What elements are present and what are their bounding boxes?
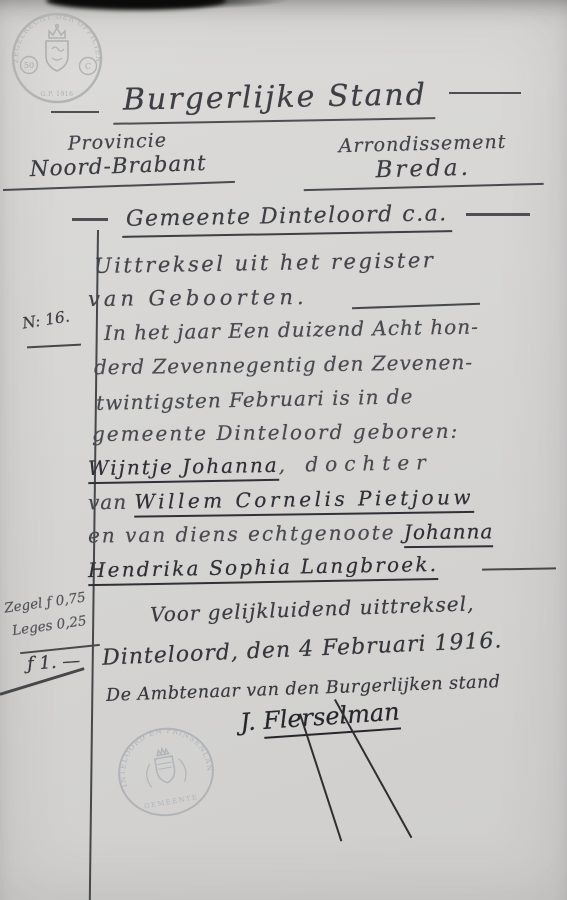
body-line: derd Zevennegentig den Zevenen- (88, 349, 567, 380)
child-name: Wijntje Johanna (88, 453, 279, 484)
body-line-text: en van diens echtgenoote (88, 520, 404, 547)
denomination-right-value: C (85, 62, 91, 71)
fee-zegel: Zegel ƒ 0,75 (3, 589, 86, 616)
official-title-line: De Ambtenaar van den Burgerlijken stand (106, 672, 501, 706)
ink-dash (72, 218, 108, 221)
body-line-text: , dochter (278, 450, 432, 477)
province-block: Provincie Noord-Brabant (1, 127, 235, 191)
act-number-underline (27, 344, 81, 349)
municipality-name: Gemeente Dinteloord c.a. (122, 201, 452, 238)
page-title: Burgerlijke Stand (113, 77, 436, 125)
document-title-row: Burgerlijke Stand (40, 74, 532, 128)
lion-shield-icon (46, 41, 68, 71)
father-name: Willem Cornelis Pietjouw (134, 485, 474, 518)
body-line: gemeente Dinteloord geboren: (88, 418, 567, 446)
body-line: In het jaar Een duizend Acht hon- (88, 313, 567, 346)
fee-leges: Leges 0,25 (11, 613, 87, 639)
signature-initial: J. (239, 707, 264, 737)
place-date-line: Dinteloord, den 4 Februari 1916. (102, 628, 503, 670)
mother-name-part1: Johanna (404, 519, 494, 548)
municipality-row: Gemeente Dinteloord c.a. (72, 204, 530, 235)
municipal-seal: DINTELOORD EN PRINSENLAND GEMEENTE (104, 715, 227, 828)
extract-heading-line2: van Geboorten. (88, 285, 308, 311)
attestation-line: Voor gelijkluidend uittreksel, (150, 591, 475, 626)
ink-dash (466, 213, 530, 216)
municipal-seal-crest-icon (143, 745, 188, 788)
body-line: van Willem Cornelis Pietjouw (88, 484, 563, 515)
body-line: Wijntje Johanna, dochter (88, 448, 563, 480)
signature-name: Flerselman (262, 697, 401, 738)
ink-dash (51, 111, 99, 114)
signature: J. Flerselman (239, 697, 400, 736)
extract-heading-line1: Uittreksel uit het register (94, 248, 436, 278)
body-line: Hendrika Sophia Langbroek. (88, 550, 563, 582)
ink-filler-line (352, 303, 480, 310)
body-line: twintigsten Februari is in de (88, 381, 567, 415)
body-line: en van diens echtgenoote Johanna (88, 519, 563, 548)
denomination-left-value: 50 (24, 61, 34, 70)
district-block: Arrondissement Breda. (302, 130, 543, 191)
mother-name-part2: Hendrika Sophia Langbroek. (88, 552, 439, 586)
municipal-seal-ring (112, 721, 220, 822)
district-value: Breda. (303, 153, 544, 185)
document-page: ZEGELRECHT DER OFFICIEN 50 C G.P. 1916 B… (0, 0, 567, 900)
body-line-text: van (88, 490, 135, 515)
crown-icon (49, 25, 65, 38)
act-number: N: 16. (21, 307, 71, 332)
ink-dash (449, 92, 521, 95)
